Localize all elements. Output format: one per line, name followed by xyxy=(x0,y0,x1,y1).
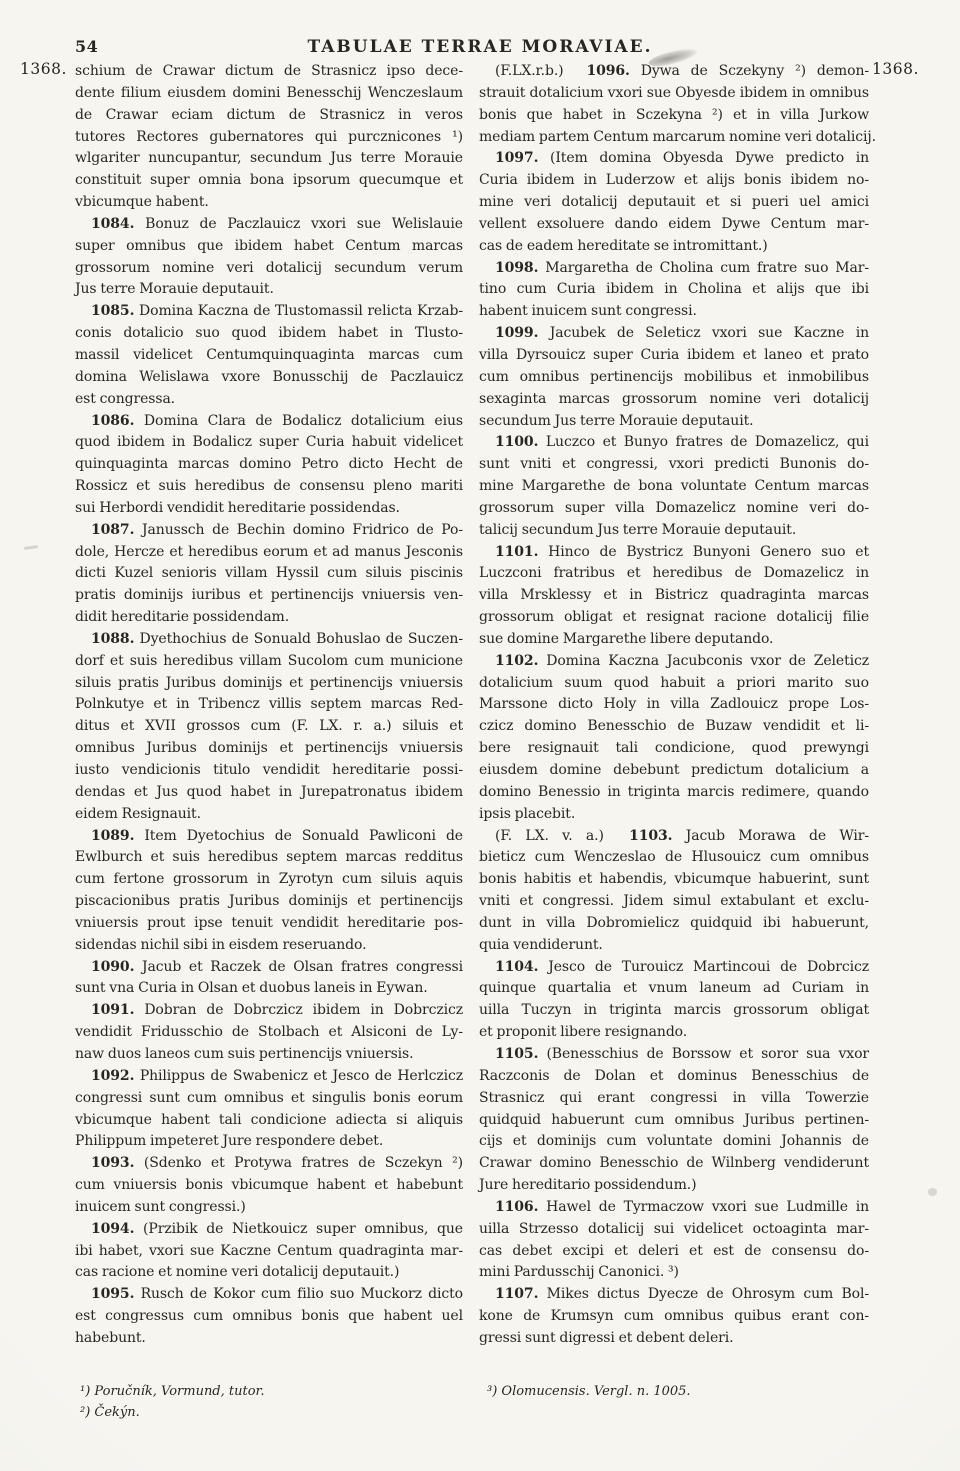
text-line: talicij secundum Jus terre Morauie deput… xyxy=(479,520,869,542)
entry-paragraph: 1088. Dyethochius de Sonuald Bohuslao de… xyxy=(75,629,463,826)
text-line: et proponit libere resignando. xyxy=(479,1022,869,1044)
text-line: 1090. Jacub et Raczek de Olsan fratres c… xyxy=(75,957,463,979)
text-line: sunt vna Curia in Olsan et duobus laneis… xyxy=(75,978,463,1000)
text-line: ipsis placebit. xyxy=(479,804,869,826)
text-line: dendas et Jus quod habet in Jurepatronat… xyxy=(75,782,463,804)
page-title: TABULAE TERRAE MORAVIAE. xyxy=(0,37,960,57)
text-line: inuicem sunt congressi.) xyxy=(75,1197,463,1219)
entry-number: 1090. xyxy=(91,959,134,975)
text-line: uilla Tuczyn in triginta marcis grossoru… xyxy=(479,1000,869,1022)
text-line: 1104. Jesco de Turouicz Martincoui de Do… xyxy=(479,957,869,979)
text-line: sui Herbordi vendidit hereditarie possid… xyxy=(75,498,463,520)
scan-speck-artifact xyxy=(24,545,38,550)
text-line: Jus terre Morauie deputauit. xyxy=(75,279,463,301)
entry-paragraph: 1099. Jacubek de Seleticz vxori sue Kacz… xyxy=(479,323,869,432)
text-line: schium de Crawar dictum de Strasnicz ips… xyxy=(75,61,463,83)
text-line: Raczconis de Dolan et dominus Benesschiu… xyxy=(479,1066,869,1088)
text-line: habent inuicem sunt congressi. xyxy=(479,301,869,323)
entry-number: 1085. xyxy=(91,303,134,319)
entry-number: 1094. xyxy=(91,1221,134,1237)
text-line: 1095. Rusch de Kokor cum filio suo Mucko… xyxy=(75,1284,463,1306)
text-line: sexaginta marcas grossorum nomine veri d… xyxy=(479,389,869,411)
text-line: 1097. (Item domina Obyesda Dywe predicto… xyxy=(479,148,869,170)
text-line: bieticz cum Wenczeslao de Hlusouicz cum … xyxy=(479,847,869,869)
text-line: naw duos laneos cum suis pertinencijs vn… xyxy=(75,1044,463,1066)
entry-number: 1088. xyxy=(91,631,134,647)
folio-reference: (F.LX.r.b.) xyxy=(495,63,564,79)
text-line: cijs et dominijs cum voluntate domini Jo… xyxy=(479,1131,869,1153)
text-line: dunt in villa Dobromielicz quidquid ibi … xyxy=(479,913,869,935)
text-line: Philippum impeteret Jure respondere debe… xyxy=(75,1131,463,1153)
entry-number: 1087. xyxy=(91,522,134,538)
entry-number: 1086. xyxy=(91,413,134,429)
text-line: sue domine Margarethe libere deputando. xyxy=(479,629,869,651)
text-line: dorf et suis heredibus villam Sucolom cu… xyxy=(75,651,463,673)
text-line: (F.LX.r.b.) 1096. Dywa de Sczekyny ²) de… xyxy=(479,61,869,83)
entry-number: 1102. xyxy=(495,653,538,669)
entry-paragraph: 1087. Janussch de Bechin domino Fridrico… xyxy=(75,520,463,629)
entry-number: 1092. xyxy=(91,1068,134,1084)
text-line: dotalicium suum quod habuit a priori mar… xyxy=(479,673,869,695)
entry-number: 1089. xyxy=(91,828,134,844)
entry-paragraph: 1106. Hawel de Tyrmaczow vxori sue Ludmi… xyxy=(479,1197,869,1284)
text-line: Curia ibidem in Luderzow et alijs bonis … xyxy=(479,170,869,192)
book-page: 54 TABULAE TERRAE MORAVIAE. 1368. 1368. … xyxy=(0,0,960,1471)
entry-paragraph: 1107. Mikes dictus Dyecze de Ohrosym cum… xyxy=(479,1284,869,1350)
text-line: ibi habet, vxori sue Kaczne Centum quadr… xyxy=(75,1241,463,1263)
text-line: 1091. Dobran de Dobrczicz ibidem in Dobr… xyxy=(75,1000,463,1022)
text-line: Rossicz et suis heredibus de consensu pl… xyxy=(75,476,463,498)
entry-paragraph: 1094. (Przibik de Nietkouicz super omnib… xyxy=(75,1219,463,1285)
text-line: Ewlburch et suis heredibus septem marcas… xyxy=(75,847,463,869)
text-line: uilla Strzesso dotalicij sui videlicet o… xyxy=(479,1219,869,1241)
text-line: wlgariter nuncupantur, secundum Jus terr… xyxy=(75,148,463,170)
text-line: mediam partem Centum marcarum nomine ver… xyxy=(479,127,869,149)
footnote: ²) Čekýn. xyxy=(80,1402,460,1423)
entry-paragraph: 1086. Domina Clara de Bodalicz dotaliciu… xyxy=(75,411,463,520)
text-line: quod ibidem in Bodalicz super Curia habu… xyxy=(75,432,463,454)
entry-number: 1107. xyxy=(495,1286,538,1302)
entry-number: 1093. xyxy=(91,1155,134,1171)
text-column-left: schium de Crawar dictum de Strasnicz ips… xyxy=(75,61,463,1350)
text-line: bere resignauit tali condicione, quod pr… xyxy=(479,738,869,760)
margin-year-left: 1368. xyxy=(20,60,67,78)
entry-number: 1095. xyxy=(91,1286,134,1302)
text-line: cum fertone grossorum in Zyrotyn cum sil… xyxy=(75,869,463,891)
text-line: vniuersis prout ipse tenuit vendidit her… xyxy=(75,913,463,935)
text-line: conis dotalicio suo quod ibidem habet in… xyxy=(75,323,463,345)
text-line: 1102. Domina Kaczna Jacubconis vxor de Z… xyxy=(479,651,869,673)
text-line: siluis pratis Juribus dominijs et pertin… xyxy=(75,673,463,695)
text-line: dole, Hercze et heredibus eorum et ad ma… xyxy=(75,542,463,564)
text-line: Crawar domino Benesschio de Wilnberg ven… xyxy=(479,1153,869,1175)
entry-paragraph: 1093. (Sdenko et Protywa fratres de Scze… xyxy=(75,1153,463,1219)
entry-paragraph: 1089. Item Dyetochius de Sonuald Pawlico… xyxy=(75,826,463,957)
text-line: mini Pardusschij Canonici. ³) xyxy=(479,1262,869,1284)
text-line: massil videlicet Centumquinquaginta marc… xyxy=(75,345,463,367)
entry-number: 1100. xyxy=(495,434,538,450)
text-line: 1094. (Przibik de Nietkouicz super omnib… xyxy=(75,1219,463,1241)
entry-number: 1101. xyxy=(495,544,538,560)
text-line: gressi sunt digressi et debent deleri. xyxy=(479,1328,869,1350)
text-line: vellent exsoluere dando eidem Dywe Centu… xyxy=(479,214,869,236)
text-line: vendidit Fridusschio de Stolbach et Alsi… xyxy=(75,1022,463,1044)
footnotes-left: ¹) Poručník, Vormund, tutor.²) Čekýn. xyxy=(80,1381,460,1423)
text-column-right: (F.LX.r.b.) 1096. Dywa de Sczekyny ²) de… xyxy=(479,61,869,1350)
entry-number: 1099. xyxy=(495,325,538,341)
entry-paragraph: 1091. Dobran de Dobrczicz ibidem in Dobr… xyxy=(75,1000,463,1066)
text-line: de Crawar eciam dictum de Strasnicz in v… xyxy=(75,105,463,127)
text-line: grossorum super villa Domazelicz nomine … xyxy=(479,498,869,520)
text-line: super omnibus que ibidem habet Centum ma… xyxy=(75,236,463,258)
entry-number: 1097. xyxy=(495,150,538,166)
text-line: 1106. Hawel de Tyrmaczow vxori sue Ludmi… xyxy=(479,1197,869,1219)
text-line: est congressus cum omnibus bonis que hab… xyxy=(75,1306,463,1328)
text-line: ditus et XVII grossos cum (F. LX. r. a.)… xyxy=(75,716,463,738)
entry-paragraph: 1095. Rusch de Kokor cum filio suo Mucko… xyxy=(75,1284,463,1350)
text-line: dente filium eiusdem domini Benesschij W… xyxy=(75,83,463,105)
text-line: 1093. (Sdenko et Protywa fratres de Scze… xyxy=(75,1153,463,1175)
text-line: piscacionibus pratis Juribus dominijs et… xyxy=(75,891,463,913)
text-line: 1089. Item Dyetochius de Sonuald Pawlico… xyxy=(75,826,463,848)
text-line: cas racione et nomine veri dotalicij dep… xyxy=(75,1262,463,1284)
text-line: domina Welislawa vxore Bonusschij de Pac… xyxy=(75,367,463,389)
text-line: cum vniuersis bonis vbicumque habent et … xyxy=(75,1175,463,1197)
text-line: vbicumque habent. xyxy=(75,192,463,214)
text-line: iusto vendicionis titulo vendidit heredi… xyxy=(75,760,463,782)
text-line: Polnkutye et in Tribencz villis septem m… xyxy=(75,694,463,716)
text-line: habebunt. xyxy=(75,1328,463,1350)
entry-paragraph: 1084. Bonuz de Paczlauicz vxori sue Weli… xyxy=(75,214,463,301)
text-line: bonis que habet in Sczekyna ²) et in vil… xyxy=(479,105,869,127)
text-line: 1088. Dyethochius de Sonuald Bohuslao de… xyxy=(75,629,463,651)
text-line: 1099. Jacubek de Seleticz vxori sue Kacz… xyxy=(479,323,869,345)
text-line: czicz domino Benesschio de Buzaw vendidi… xyxy=(479,716,869,738)
entry-paragraph: 1090. Jacub et Raczek de Olsan fratres c… xyxy=(75,957,463,1001)
entry-paragraph: 1104. Jesco de Turouicz Martincoui de Do… xyxy=(479,957,869,1044)
scan-speck-artifact xyxy=(928,1188,937,1196)
entry-paragraph: 1085. Domina Kaczna de Tlustomassil reli… xyxy=(75,301,463,410)
entry-number: 1104. xyxy=(495,959,538,975)
text-line: congressi sunt cum omnibus et singulis b… xyxy=(75,1088,463,1110)
text-line: Marssone dicto Holy in villa Zadlouicz p… xyxy=(479,694,869,716)
text-line: dicti Kuzel senioris villam Hyssil cum s… xyxy=(75,563,463,585)
entry-paragraph: 1101. Hinco de Bystricz Bunyoni Genero s… xyxy=(479,542,869,651)
text-line: 1084. Bonuz de Paczlauicz vxori sue Weli… xyxy=(75,214,463,236)
text-line: eiusdem domine debebunt predictum dotali… xyxy=(479,760,869,782)
text-line: 1092. Philippus de Swabenicz et Jesco de… xyxy=(75,1066,463,1088)
entry-paragraph: 1092. Philippus de Swabenicz et Jesco de… xyxy=(75,1066,463,1153)
entry-number: 1103. xyxy=(629,828,672,844)
entry-number: 1105. xyxy=(495,1046,538,1062)
text-line: (F. LX. v. a.) 1103. Jacub Morawa de Wir… xyxy=(479,826,869,848)
entry-number: 1098. xyxy=(495,260,538,276)
text-line: quia vendiderunt. xyxy=(479,935,869,957)
text-line: villa Mrsklessy et in Bistricz quadragin… xyxy=(479,585,869,607)
text-line: 1101. Hinco de Bystricz Bunyoni Genero s… xyxy=(479,542,869,564)
text-line: 1100. Luczco et Bunyo fratres de Domazel… xyxy=(479,432,869,454)
text-line: didit hereditarie possidendam. xyxy=(75,607,463,629)
text-line: constituit super omnia bona ipsorum quec… xyxy=(75,170,463,192)
text-line: mine Margarethe de bona voluntate Centum… xyxy=(479,476,869,498)
text-line: villa Dyrsouicz super Curia ibidem et la… xyxy=(479,345,869,367)
entry-paragraph: (F. LX. v. a.) 1103. Jacub Morawa de Wir… xyxy=(479,826,869,957)
text-line: 1087. Janussch de Bechin domino Fridrico… xyxy=(75,520,463,542)
text-line: 1107. Mikes dictus Dyecze de Ohrosym cum… xyxy=(479,1284,869,1306)
text-line: quinquaginta marcas domino Petro dicto H… xyxy=(75,454,463,476)
entry-number: 1096. xyxy=(586,63,629,79)
text-line: cas de eadem hereditate se intromittant.… xyxy=(479,236,869,258)
text-line: tino cum Curia ibidem in Cholina et alij… xyxy=(479,279,869,301)
text-line: 1086. Domina Clara de Bodalicz dotaliciu… xyxy=(75,411,463,433)
text-line: vniti et congressi. Jidem simul extabula… xyxy=(479,891,869,913)
text-line: sidendas nichil sibi in eisdem reseruand… xyxy=(75,935,463,957)
text-line: Strasnicz qui erant congressi in villa T… xyxy=(479,1088,869,1110)
text-line: grossorum obligat et resignat racione do… xyxy=(479,607,869,629)
entry-paragraph: 1097. (Item domina Obyesda Dywe predicto… xyxy=(479,148,869,257)
text-line: tutores Rectores gubernatores qui purczn… xyxy=(75,127,463,149)
text-line: sunt vniti et congressi, vxori predicti … xyxy=(479,454,869,476)
text-line: pratis dominijs iuribus et pertinencijs … xyxy=(75,585,463,607)
text-line: 1105. (Benesschius de Borssow et soror s… xyxy=(479,1044,869,1066)
text-line: vbicumque habent tali condicione adiecta… xyxy=(75,1110,463,1132)
footnotes-right: ³) Olomucensis. Vergl. n. 1005. xyxy=(487,1381,867,1402)
text-line: secundum Jus terre Morauie deputauit. xyxy=(479,411,869,433)
text-line: mine veri dotalicij deputauit et si puer… xyxy=(479,192,869,214)
entry-number: 1091. xyxy=(91,1002,134,1018)
text-line: 1098. Margaretha de Cholina cum fratre s… xyxy=(479,258,869,280)
entry-number: 1106. xyxy=(495,1199,538,1215)
text-line: strauit dotalicium vxori sue Obyesde ibi… xyxy=(479,83,869,105)
entry-number: 1084. xyxy=(91,216,134,232)
folio-reference: (F. LX. v. a.) xyxy=(495,828,604,844)
text-line: quidquid habuerunt cum omnibus Juribus p… xyxy=(479,1110,869,1132)
text-line: domino Benessio in triginta marcis redim… xyxy=(479,782,869,804)
entry-paragraph: 1100. Luczco et Bunyo fratres de Domazel… xyxy=(479,432,869,541)
text-line: cum omnibus pertinencijs mobilibus et in… xyxy=(479,367,869,389)
text-line: 1085. Domina Kaczna de Tlustomassil reli… xyxy=(75,301,463,323)
text-line: est congressa. xyxy=(75,389,463,411)
text-line: quinque quartalia et vnum laneum ad Curi… xyxy=(479,978,869,1000)
margin-year-right: 1368. xyxy=(872,60,919,78)
text-line: Luczconi fratribus et heredibus de Domaz… xyxy=(479,563,869,585)
entry-paragraph: (F.LX.r.b.) 1096. Dywa de Sczekyny ²) de… xyxy=(479,61,869,148)
footnote: ¹) Poručník, Vormund, tutor. xyxy=(80,1381,460,1402)
entry-paragraph: 1105. (Benesschius de Borssow et soror s… xyxy=(479,1044,869,1197)
text-line: bonis habitis et habendis, vbicumque hab… xyxy=(479,869,869,891)
entry-paragraph: 1102. Domina Kaczna Jacubconis vxor de Z… xyxy=(479,651,869,826)
text-line: cas debet excipi et deleri et est de con… xyxy=(479,1241,869,1263)
footnote: ³) Olomucensis. Vergl. n. 1005. xyxy=(487,1381,867,1402)
text-line: Jure hereditario possidendum.) xyxy=(479,1175,869,1197)
text-line: eidem Resignauit. xyxy=(75,804,463,826)
entry-paragraph: 1098. Margaretha de Cholina cum fratre s… xyxy=(479,258,869,324)
text-line: omnibus Juribus dominijs et pertinencijs… xyxy=(75,738,463,760)
entry-paragraph: schium de Crawar dictum de Strasnicz ips… xyxy=(75,61,463,214)
text-line: grossorum nomine veri dotalicij secundum… xyxy=(75,258,463,280)
text-line: kone de Krumsyn cum omnibus quibus erant… xyxy=(479,1306,869,1328)
